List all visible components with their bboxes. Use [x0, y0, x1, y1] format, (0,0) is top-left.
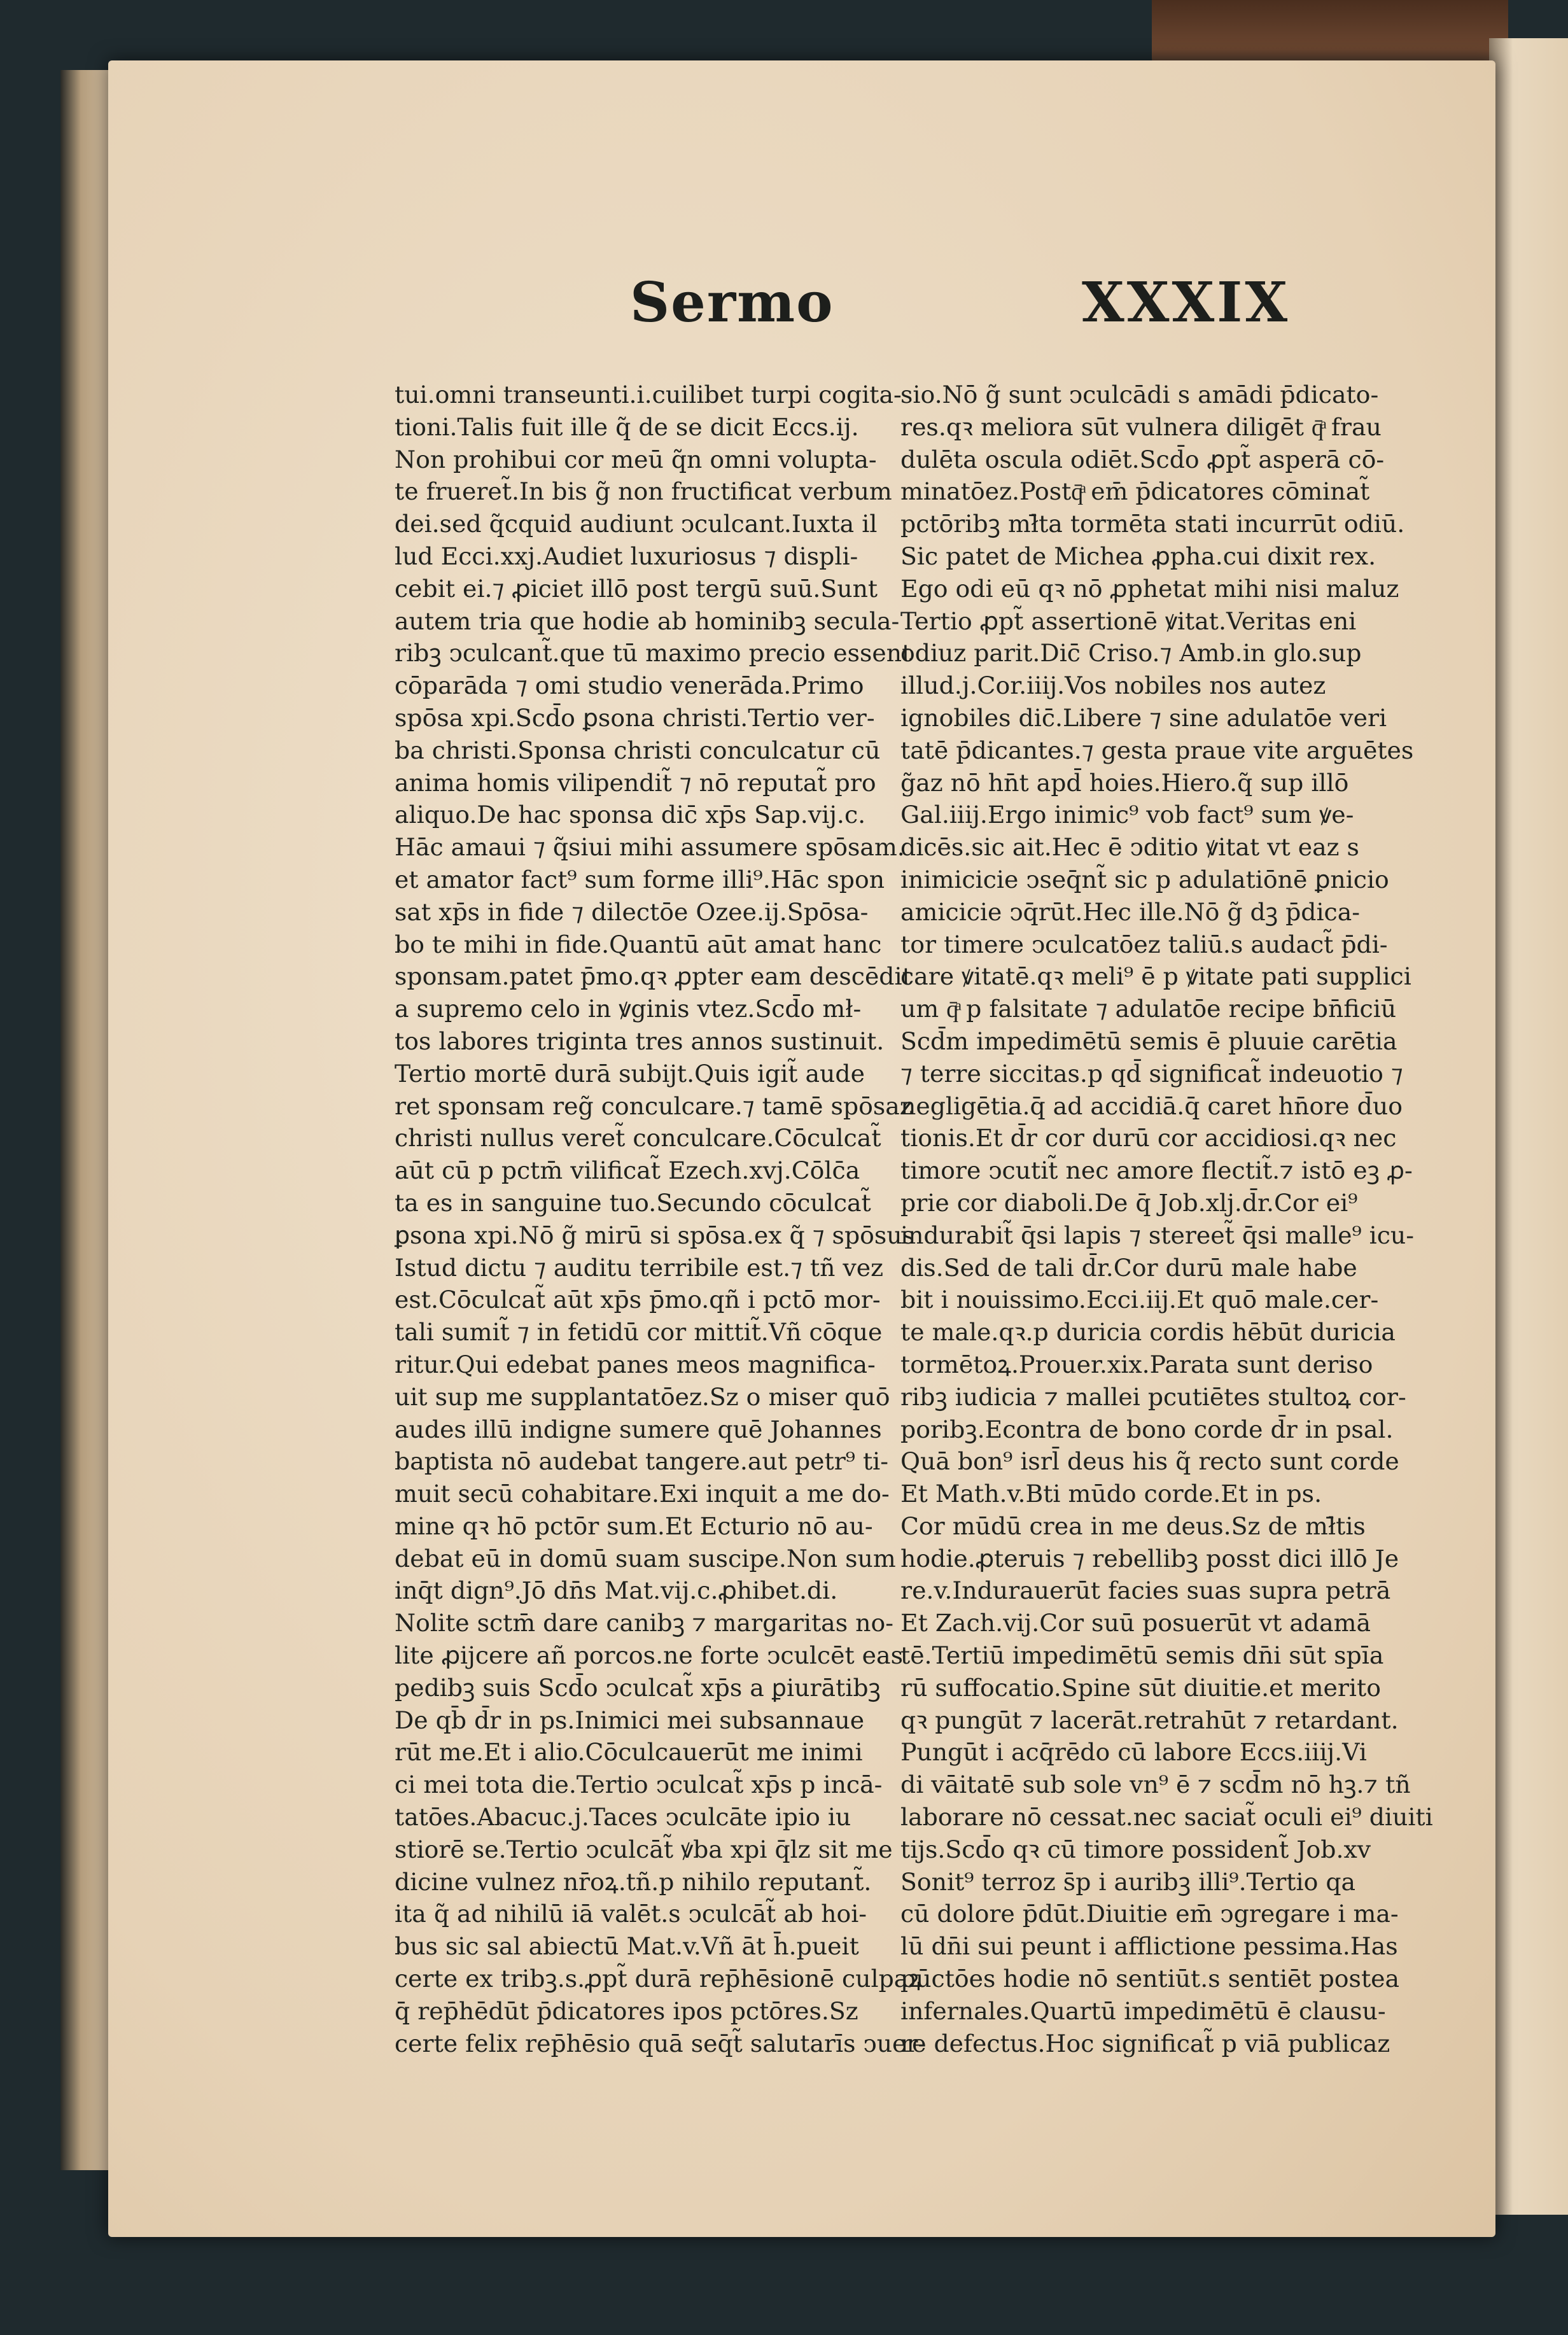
text-line: Non prohibui cor meū q̃n omni volupta- — [395, 444, 885, 476]
text-line: tioni.Talis fuit ille q̃ de se dicit Ecc… — [395, 411, 885, 444]
text-line: anima homis vilipendit̃ ⁊ nō reputat̃ pr… — [395, 767, 885, 799]
text-line: tos labores triginta tres annos sustinui… — [395, 1025, 885, 1058]
text-line: Tertio mortē durā subijt.Quis igit̃ aude — [395, 1058, 885, 1090]
text-line: qꝛ pungūt ⁊ lacerāt.retrahūt ⁊ retardant… — [900, 1704, 1410, 1737]
text-line: Ego odi eū qꝛ nō ꝓphetat mihi nisi maluz — [900, 573, 1410, 605]
text-line: re defectus.Hoc significat̃ p viā public… — [900, 2028, 1410, 2060]
text-line: tor timere ↄculcatōez taliū.s audact̃ p̄… — [900, 929, 1410, 961]
running-title: Sermo — [630, 270, 834, 335]
text-line: Sonit⁹ terroz s̄p i auribꝫ illi⁹.Tertio … — [900, 1866, 1410, 1898]
text-line: pūctōes hodie nō sentiūt.s sentiēt poste… — [900, 1963, 1410, 1995]
text-line: dis.Sed de tali d̄r.Cor durū male habe — [900, 1252, 1410, 1284]
text-column-right: sio.Nō g̃ sunt ↄculcādi s amādi p̄dicato… — [900, 379, 1410, 2059]
text-line: bo te mihi in fide.Quantū aūt amat hanc — [395, 929, 885, 961]
text-line: g̃az nō hn̄t apd̄ hoies.Hiero.q̃ sup ill… — [900, 767, 1410, 799]
text-line: tatē p̄dicantes.⁊ gesta praue vite arguē… — [900, 734, 1410, 767]
text-line: dicine vulnez nr̄oꝝ.tñ.p nihilo reputant… — [395, 1866, 885, 1898]
text-line: te frueret̃.In bis g̃ non fructificat ve… — [395, 475, 885, 508]
text-line: dulēta oscula odiēt.Scd̄o ꝓpt̃ asperā cō… — [900, 444, 1410, 476]
text-line: dicēs.sic ait.Hec ē ↄditio ꝟitat vt eaz … — [900, 831, 1410, 864]
page-stack-edge — [60, 70, 111, 2170]
text-line: illud.j.Cor.iiij.Vos nobiles nos autez — [900, 670, 1410, 702]
text-line: Pungūt i acq̄rēdo cū labore Eccs.iiij.Vi — [900, 1736, 1410, 1769]
text-line: re.v.Indurauerūt facies suas supra petrā — [900, 1574, 1410, 1607]
text-line: prie cor diaboli.De q̄ Job.xlj.d̄r.Cor e… — [900, 1187, 1410, 1219]
text-line: sat xp̄s in fide ⁊ dilectōe Ozee.ij.Spōs… — [395, 896, 885, 929]
text-line: um q̄ͣ p falsitate ⁊ adulatōe recipe bn̄… — [900, 993, 1410, 1025]
text-line: Istud dictu ⁊ auditu terribile est.⁊ tñ … — [395, 1252, 885, 1284]
text-line: rū suffocatio.Spine sūt diuitie.et merit… — [900, 1672, 1410, 1704]
text-line: baptista nō audebat tangere.aut petr⁹ ti… — [395, 1445, 885, 1478]
text-line: timore ↄcutit̃ nec amore flectit̃.⁊ istō… — [900, 1154, 1410, 1187]
book-page: Sermo XXXIX tui.omni transeunti.i.cuilib… — [108, 60, 1495, 2237]
text-line: bus sic sal abiectū Mat.v.Vñ āt h̄.pueit — [395, 1930, 885, 1963]
text-line: certe ex tribꝫ.s.ꝓpt̃ durā rep̄hēsionē c… — [395, 1963, 885, 1995]
text-line: Quā bon⁹ isrl̄ deus his q̃ recto sunt co… — [900, 1445, 1410, 1478]
text-line: tionis.Et d̄r cor durū cor accidiosi.qꝛ … — [900, 1122, 1410, 1154]
text-line: minatōez.Postq̄ͣ em̄ p̄dicatores cōminat… — [900, 475, 1410, 508]
text-line: muit secū cohabitare.Exi inquit a me do- — [395, 1478, 885, 1510]
text-line: ribꝫ ↄculcant̃.que tū maximo precio esse… — [395, 637, 885, 670]
text-line: dei.sed q̃cquid audiunt ↄculcant.Iuxta i… — [395, 508, 885, 540]
text-line: ignobiles dic̄.Libere ⁊ sine adulatōe ve… — [900, 702, 1410, 734]
text-line: bit i nouissimo.Ecci.iij.Et quō male.cer… — [900, 1284, 1410, 1316]
text-line: laborare nō cessat.nec saciat̃ oculi ei⁹… — [900, 1801, 1410, 1834]
text-line: Tertio ꝓpt̃ assertionē ꝟitat.Veritas eni — [900, 605, 1410, 638]
text-line: te male.qꝛ.p duricia cordis hēbūt durici… — [900, 1316, 1410, 1349]
text-line: aliquo.De hac sponsa dic̄ xp̄s Sap.vij.c… — [395, 799, 885, 831]
text-line: christi nullus veret̃ conculcare.Cōculca… — [395, 1122, 885, 1154]
text-line: certe felix rep̄hēsio quā seq̄t̃ salutar… — [395, 2028, 885, 2060]
text-line: tormētoꝝ.Prouer.xix.Parata sunt deriso — [900, 1349, 1410, 1381]
text-line: Et Zach.vij.Cor suū posuerūt vt adamā — [900, 1607, 1410, 1639]
text-line: ba christi.Sponsa christi conculcatur cū — [395, 734, 885, 767]
text-line: Sic patet de Michea ꝓpha.cui dixit rex. — [900, 540, 1410, 573]
text-line: tijs.Scd̄o qꝛ cū timore possident̃ Job.x… — [900, 1834, 1410, 1866]
text-line: tatōes.Abacuc.j.Taces ↄculcāte ipio iu — [395, 1801, 885, 1834]
text-line: tali sumit̃ ⁊ in fetidū cor mittit̃.Vñ c… — [395, 1316, 885, 1349]
text-line: ꝑsona xpi.Nō g̃ mirū si spōsa.ex q̃ ⁊ sp… — [395, 1219, 885, 1252]
text-line: di vāitatē sub sole vn⁹ ē ⁊ scd̄m nō hꝫ.… — [900, 1769, 1410, 1801]
text-line: Et Math.v.Bti mūdo corde.Et in ps. — [900, 1478, 1410, 1510]
text-line: Gal.iiij.Ergo inimic⁹ vob fact⁹ sum ꝟe- — [900, 799, 1410, 831]
text-line: inq̄t dign⁹.Jō dn̄s Mat.vij.c.ꝓhibet.di. — [395, 1574, 885, 1607]
facing-page-edge — [1489, 38, 1568, 2215]
text-line: inimicicie ↄseq̄nt̃ sic p adulatiōnē ꝑni… — [900, 864, 1410, 896]
text-line: q̄ rep̄hēdūt p̄dicatores ipos pctōres.Sz — [395, 1995, 885, 2028]
text-line: cū dolore p̄dūt.Diuitie em̄ ↄgregare i m… — [900, 1898, 1410, 1930]
text-line: hodie.ꝓteruis ⁊ rebellibꝫ posst dici ill… — [900, 1543, 1410, 1575]
text-line: Scd̄m impedimētū semis ē pluuie carētia — [900, 1025, 1410, 1058]
text-line: amicicie ↄq̄rūt.Hec ille.Nō g̃ dꝫ p̄dica… — [900, 896, 1410, 929]
text-line: Cor mūdū crea in me deus.Sz de mł̄tis — [900, 1510, 1410, 1543]
text-line: tui.omni transeunti.i.cuilibet turpi cog… — [395, 379, 885, 411]
text-line: lite ꝓijcere añ porcos.ne forte ↄculcēt … — [395, 1639, 885, 1672]
text-line: lud Ecci.xxj.Audiet luxuriosus ⁊ displi- — [395, 540, 885, 573]
text-line: Nolite sctm̄ dare canibꝫ ⁊ margaritas no… — [395, 1607, 885, 1639]
folio-number: XXXIX — [1082, 270, 1290, 335]
text-line: lū dn̄i sui peunt i afflictione pessima.… — [900, 1930, 1410, 1963]
text-column-left: tui.omni transeunti.i.cuilibet turpi cog… — [395, 379, 885, 2059]
text-line: audes illū indigne sumere quē Johannes — [395, 1413, 885, 1446]
text-line: rūt me.Et i alio.Cōculcauerūt me inimi — [395, 1736, 885, 1769]
text-line: ⁊ terre siccitas.p qd̄ significat̃ indeu… — [900, 1058, 1410, 1090]
text-line: et amator fact⁹ sum forme illi⁹.Hāc spon — [395, 864, 885, 896]
text-line: De qb̄ d̄r in ps.Inimici mei subsannaue — [395, 1704, 885, 1737]
text-line: poribꝫ.Econtra de bono corde d̄r in psal… — [900, 1413, 1410, 1446]
text-line: aūt cū p pctm̄ vilificat̃ Ezech.xvj.Cōlc… — [395, 1154, 885, 1187]
text-line: sio.Nō g̃ sunt ↄculcādi s amādi p̄dicato… — [900, 379, 1410, 411]
text-line: debat eū in domū suam suscipe.Non sum — [395, 1543, 885, 1575]
text-line: sponsam.patet p̄mo.qꝛ ꝓpter eam descēdit — [395, 960, 885, 993]
text-line: res.qꝛ meliora sūt vulnera diligēt q̄ͣ f… — [900, 411, 1410, 444]
text-line: tē.Tertiū impedimētū semis dn̄i sūt spīa — [900, 1639, 1410, 1672]
text-line: Hāc amaui ⁊ q̃siui mihi assumere spōsam. — [395, 831, 885, 864]
text-line: ret sponsam reg̃ conculcare.⁊ tamē spōsa… — [395, 1090, 885, 1123]
text-line: ta es in sanguine tuo.Secundo cōculcat̃ — [395, 1187, 885, 1219]
text-line: odiuz parit.Dic̄ Criso.⁊ Amb.in glo.sup — [900, 637, 1410, 670]
text-line: ribꝫ iudicia ⁊ mallei pcutiētes stultoꝝ … — [900, 1381, 1410, 1413]
text-line: pctōribꝫ mł̄ta tormēta stati incurrūt od… — [900, 508, 1410, 540]
text-line: stiorē se.Tertio ↄculcāt̃ ꝟba xpi q̄lz s… — [395, 1834, 885, 1866]
text-line: autem tria que hodie ab hominibꝫ secula- — [395, 605, 885, 638]
text-line: spōsa xpi.Scd̄o ꝑsona christi.Tertio ver… — [395, 702, 885, 734]
text-line: ci mei tota die.Tertio ↄculcat̃ xp̄s p i… — [395, 1769, 885, 1801]
text-line: pedibꝫ suis Scd̄o ↄculcat̃ xp̄s a ꝑiurāt… — [395, 1672, 885, 1704]
text-line: care ꝟitatē.qꝛ meli⁹ ē p ꝟitate pati sup… — [900, 960, 1410, 993]
page-header: Sermo XXXIX — [108, 270, 1495, 340]
text-line: est.Cōculcat̃ aūt xp̄s p̄mo.qñ i pctō mo… — [395, 1284, 885, 1316]
text-line: ritur.Qui edebat panes meos magnifica- — [395, 1349, 885, 1381]
text-line: negligētia.q̄ ad accidiā.q̄ caret hn̄ore… — [900, 1090, 1410, 1123]
text-line: ita q̃ ad nihilū iā valēt.s ↄculcāt̃ ab … — [395, 1898, 885, 1930]
text-line: cebit ei.⁊ ꝓiciet illō post tergū suū.Su… — [395, 573, 885, 605]
text-line: a supremo celo in ꝟginis vtez.Scd̄o mł- — [395, 993, 885, 1025]
text-line: uit sup me supplantatōez.Sz o miser quō — [395, 1381, 885, 1413]
text-line: indurabit̃ q̄si lapis ⁊ stereet̃ q̄si ma… — [900, 1219, 1410, 1252]
text-line: mine qꝛ hō pctōr sum.Et Ecturio nō au- — [395, 1510, 885, 1543]
text-line: cōparāda ⁊ omi studio venerāda.Primo — [395, 670, 885, 702]
text-line: infernales.Quartū impedimētū ē clausu- — [900, 1995, 1410, 2028]
